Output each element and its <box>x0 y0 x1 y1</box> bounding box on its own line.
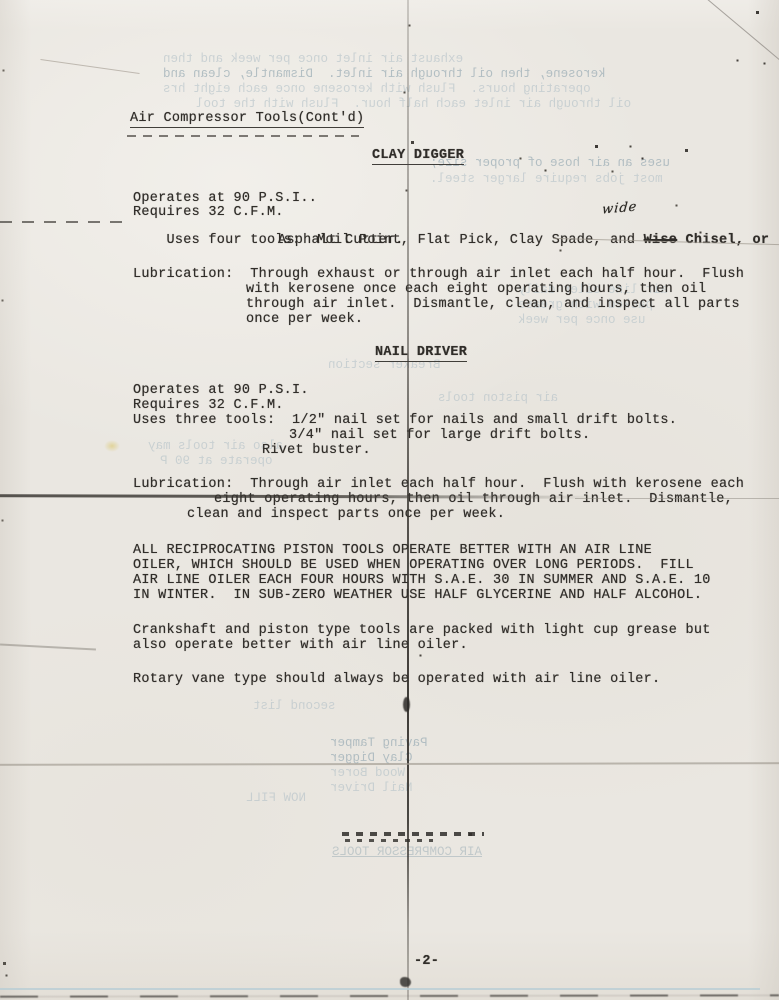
bleedthrough-text: uses an air hose of proper size; <box>430 156 670 170</box>
ink-dash-smudge <box>345 839 433 842</box>
bleedthrough-text: exhaust air inlet once per week and then <box>163 52 463 66</box>
stain-yellow <box>104 440 120 452</box>
bottom-blue-line <box>0 988 760 990</box>
page-heading: Air Compressor Tools(Cont'd) <box>130 112 364 128</box>
nail-driver-tools-line: Rivet buster. <box>262 444 371 458</box>
bleedthrough-text: second list <box>253 699 336 713</box>
nail-driver-tools-line: 3/4" nail set for large drift bolts. <box>289 429 590 443</box>
bottom-edge-crease <box>0 994 779 997</box>
clay-lube-line: through air inlet. Dismantle, clean, and… <box>246 298 740 312</box>
clay-lube-line: with kerosene once each eight operating … <box>246 283 706 297</box>
bleedthrough-text: most jobs require larger steel. <box>430 172 663 186</box>
page-number: -2- <box>414 955 439 969</box>
diagonal-crease <box>40 59 139 74</box>
ink-speck-cluster <box>0 0 1 1</box>
clay-lube-line: Lubrication: Through exhaust or through … <box>133 268 744 282</box>
bleedthrough-text: Wood Borer <box>330 766 405 780</box>
nail-driver-requires: Requires 32 C.F.M. <box>133 399 284 413</box>
handwritten-correction: wide <box>601 199 638 217</box>
bleedthrough-text: Nail Driver <box>330 781 413 795</box>
bleedthrough-text: kerosene, then oil through air inlet. Di… <box>163 67 606 81</box>
notes-caps-line: ALL RECIPROCATING PISTON TOOLS OPERATE B… <box>133 544 652 558</box>
notes-crankshaft-line: also operate better with air line oiler. <box>133 639 468 653</box>
bleedthrough-text: Paving Tamper <box>330 736 428 750</box>
scanned-document-page: exhaust air inlet once per week and then… <box>0 0 779 1000</box>
nail-lube-line: eight operating hours, then oil through … <box>214 493 733 507</box>
struck-word: Wise <box>644 233 678 248</box>
clay-digger-tools-wrap: Asphalt Cutter. <box>278 234 404 248</box>
nail-lube-line: Lubrication: Through air inlet each half… <box>133 478 744 492</box>
fold-knot <box>403 697 410 712</box>
bleedthrough-text: AIR COMPRESSOR TOOLS <box>332 845 482 859</box>
notes-caps-line: AIR LINE OILER EACH FOUR HOURS WITH S.A.… <box>133 574 711 588</box>
bleedthrough-text: oil through air inlet each half hour. Fl… <box>196 97 631 111</box>
notes-crankshaft-line: Crankshaft and piston type tools are pac… <box>133 624 711 638</box>
bleedthrough-text: operate at 90 P <box>160 454 273 468</box>
ink-dash-smudge <box>342 832 484 836</box>
bleedthrough-text: use once per week <box>518 313 646 327</box>
bleedthrough-text: NOW FILL <box>246 791 306 805</box>
horizontal-crease <box>0 643 96 650</box>
tools-tail: Chisel, or <box>677 233 769 248</box>
heading-dashed-underline <box>127 135 359 137</box>
horizontal-crease <box>0 221 132 223</box>
nail-driver-tools-line: Uses three tools: 1/2" nail set for nail… <box>133 414 677 428</box>
diagonal-crease <box>701 0 779 71</box>
notes-rotary-line: Rotary vane type should always be operat… <box>133 673 660 687</box>
clay-digger-tools-line: Uses four tools: Moil Point, Flat Pick, … <box>133 220 769 262</box>
bleedthrough-text: air piston tools <box>438 391 558 405</box>
section-title-clay-digger: CLAY DIGGER <box>372 149 464 165</box>
clay-digger-requires: Requires 32 C.F.M. <box>133 206 284 220</box>
nail-driver-operates: Operates at 90 P.S.I. <box>133 384 309 398</box>
tools-lead: Uses four tools: Moil Point, Flat Pick, … <box>167 233 644 248</box>
fold-knot <box>400 977 411 987</box>
section-title-nail-driver: NAIL DRIVER <box>375 346 467 362</box>
nail-lube-line: clean and inspect parts once per week. <box>187 508 505 522</box>
bleedthrough-text: operating hours. Flush with kerosene onc… <box>163 82 591 96</box>
notes-caps-line: OILER, WHICH SHOULD BE USED WHEN OPERATI… <box>133 559 694 573</box>
clay-digger-operates: Operates at 90 P.S.I.. <box>133 192 317 206</box>
clay-lube-line: once per week. <box>246 313 363 327</box>
bleedthrough-text: Clay Digger <box>330 751 413 765</box>
notes-caps-line: IN WINTER. IN SUB-ZERO WEATHER USE HALF … <box>133 589 702 603</box>
